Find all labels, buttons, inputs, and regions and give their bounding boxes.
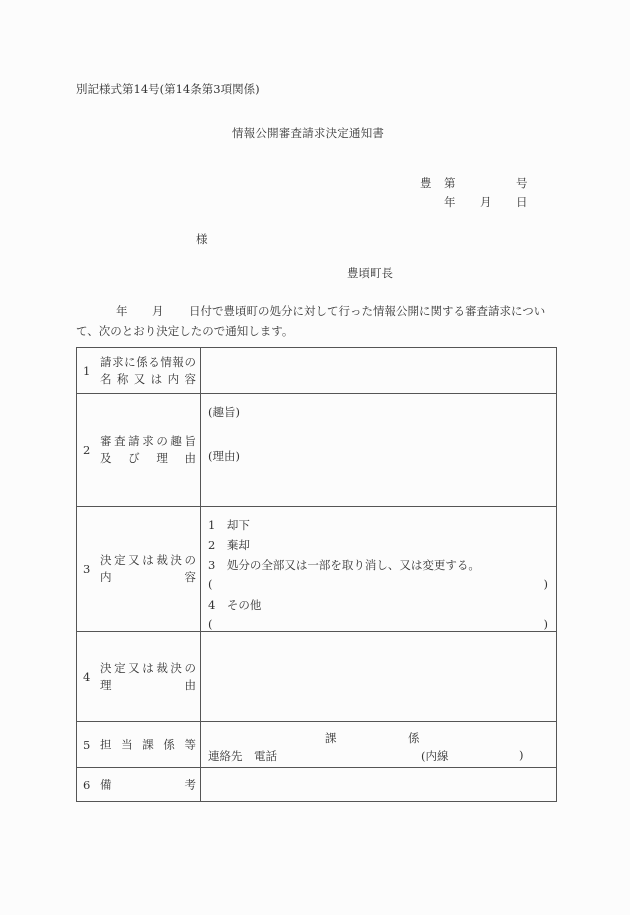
label-char: 係 — [136, 354, 148, 371]
row-number: 2 — [83, 443, 90, 457]
label-char: 査 — [114, 433, 126, 450]
label-char: 情 — [160, 354, 172, 371]
label-char: 及 — [100, 450, 112, 467]
label-char: 裁 — [156, 552, 168, 569]
row-number: 6 — [83, 778, 90, 792]
row-label-text: 担当課係等 — [100, 736, 196, 753]
body-rest: 日付で豊頃町の処分に対して行った情報公開に関する審査請求につい — [189, 306, 545, 318]
label-char: 当 — [121, 736, 133, 753]
open-paren: ( — [208, 577, 213, 591]
doc-number-go: 号 — [516, 175, 528, 191]
row-label: 5 担当課係等 — [77, 722, 201, 768]
contact-phone-label: 連絡先 電話 — [208, 748, 277, 764]
gist-label: (趣旨) — [208, 404, 240, 420]
addressee: 様 — [196, 234, 208, 246]
label-char: 又 — [134, 371, 146, 388]
label-char: 課 — [142, 736, 154, 753]
label-char: の — [184, 552, 196, 569]
option-revoke-or-change[interactable]: 3 処分の全部又は一部を取り消し、又は変更する。 — [208, 557, 480, 573]
label-char: 名 — [100, 371, 112, 388]
label-char: 定 — [114, 660, 126, 677]
label-char: 決 — [170, 552, 182, 569]
table-row: 3 決定又は裁決の 内容 1 却下 2 棄却 3 処分の全部又は一部を取り消し、… — [77, 507, 557, 632]
table-row: 5 担当課係等 課 係 連絡先 電話 (内線 ) — [77, 722, 557, 768]
table-row: 4 決定又は裁決の 理由 — [77, 632, 557, 722]
label-char: 旨 — [184, 433, 196, 450]
label-char: 定 — [114, 552, 126, 569]
decision-table: 1 請求に係る情報の 名称又は内容 2 審査請求の趣旨 及び理由 (趣旨) (理… — [76, 347, 557, 802]
remarks-field[interactable] — [201, 768, 557, 802]
label-char: 又 — [128, 660, 140, 677]
decision-content-field[interactable]: 1 却下 2 棄却 3 処分の全部又は一部を取り消し、又は変更する。 ( ) 4… — [201, 507, 557, 632]
label-char: 請 — [100, 354, 112, 371]
row-number: 3 — [83, 562, 90, 576]
label-char: は — [151, 371, 163, 388]
document-title: 情報公開審査請求決定通知書 — [232, 128, 384, 140]
date-month: 月 — [480, 194, 492, 210]
label-char: 決 — [170, 660, 182, 677]
close-paren: ) — [544, 577, 549, 591]
label-char: は — [142, 660, 154, 677]
info-name-field[interactable] — [201, 348, 557, 394]
label-char: 容 — [184, 371, 196, 388]
row-label-text: 決定又は裁決の 内容 — [100, 552, 196, 586]
label-char: 求 — [112, 354, 124, 371]
body-year: 年 — [116, 306, 128, 318]
option-dismissal[interactable]: 1 却下 — [208, 517, 250, 533]
label-char: 考 — [185, 776, 197, 793]
label-char: 理 — [156, 450, 168, 467]
gist-reason-field[interactable]: (趣旨) (理由) — [201, 394, 557, 507]
label-char: の — [156, 433, 168, 450]
label-char: 又 — [128, 552, 140, 569]
row-number: 4 — [83, 670, 90, 684]
row-label-text: 決定又は裁決の 理由 — [100, 660, 196, 694]
row-number: 1 — [83, 364, 90, 378]
row-label: 1 請求に係る情報の 名称又は内容 — [77, 348, 201, 394]
subsection-label: 係 — [408, 730, 420, 746]
issuer: 豊頃町長 — [347, 268, 393, 280]
form-reference: 別記様式第14号(第14条第3項関係) — [76, 84, 260, 96]
label-char: 称 — [117, 371, 129, 388]
body-text-line-2: て、次のとおり決定したので通知します。 — [76, 326, 293, 338]
open-paren: ( — [208, 617, 213, 631]
table-row: 1 請求に係る情報の 名称又は内容 — [77, 348, 557, 394]
label-char: は — [142, 552, 154, 569]
doc-number-dai: 第 — [444, 175, 456, 191]
row-label: 3 決定又は裁決の 内容 — [77, 507, 201, 632]
table-row: 6 備考 — [77, 768, 557, 802]
decision-reason-field[interactable] — [201, 632, 557, 722]
label-char: 内 — [168, 371, 180, 388]
close-paren: ) — [544, 617, 549, 631]
option-other[interactable]: 4 その他 — [208, 597, 261, 613]
label-char: 等 — [185, 736, 197, 753]
label-char: 容 — [185, 569, 197, 586]
label-char: び — [128, 450, 140, 467]
label-char: 担 — [100, 736, 112, 753]
label-char: 係 — [163, 736, 175, 753]
body-month: 月 — [152, 306, 164, 318]
row-label: 6 備考 — [77, 768, 201, 802]
row-label: 2 審査請求の趣旨 及び理由 — [77, 394, 201, 507]
label-char: 裁 — [156, 660, 168, 677]
reason-label: (理由) — [208, 448, 240, 464]
table-row: 2 審査請求の趣旨 及び理由 (趣旨) (理由) — [77, 394, 557, 507]
label-char: 内 — [100, 569, 112, 586]
row-label: 4 決定又は裁決の 理由 — [77, 632, 201, 722]
section-label: 課 — [325, 730, 337, 746]
label-char: に — [124, 354, 136, 371]
label-char: 請 — [128, 433, 140, 450]
row-label-text: 審査請求の趣旨 及び理由 — [100, 433, 196, 467]
row-label-text: 請求に係る情報の 名称又は内容 — [100, 354, 196, 388]
extension-label: (内線 — [421, 748, 449, 764]
label-char: 理 — [100, 677, 112, 694]
label-char: 由 — [184, 450, 196, 467]
close-paren: ) — [519, 748, 524, 762]
label-char: 報 — [172, 354, 184, 371]
label-char: 趣 — [170, 433, 182, 450]
option-rejection[interactable]: 2 棄却 — [208, 537, 250, 553]
doc-number-prefix: 豊 — [420, 175, 432, 191]
row-number: 5 — [83, 738, 90, 752]
label-char: 備 — [100, 776, 112, 793]
label-char: 決 — [100, 660, 112, 677]
label-char: 求 — [142, 433, 154, 450]
row-label-text: 備考 — [100, 776, 196, 793]
label-char: 由 — [185, 677, 197, 694]
label-char: の — [184, 660, 196, 677]
label-char: の — [184, 354, 196, 371]
label-char: 審 — [100, 433, 112, 450]
label-char: 決 — [100, 552, 112, 569]
label-char: る — [148, 354, 160, 371]
date-year: 年 — [444, 194, 456, 210]
contact-field[interactable]: 課 係 連絡先 電話 (内線 ) — [201, 722, 557, 768]
date-day: 日 — [516, 194, 528, 210]
